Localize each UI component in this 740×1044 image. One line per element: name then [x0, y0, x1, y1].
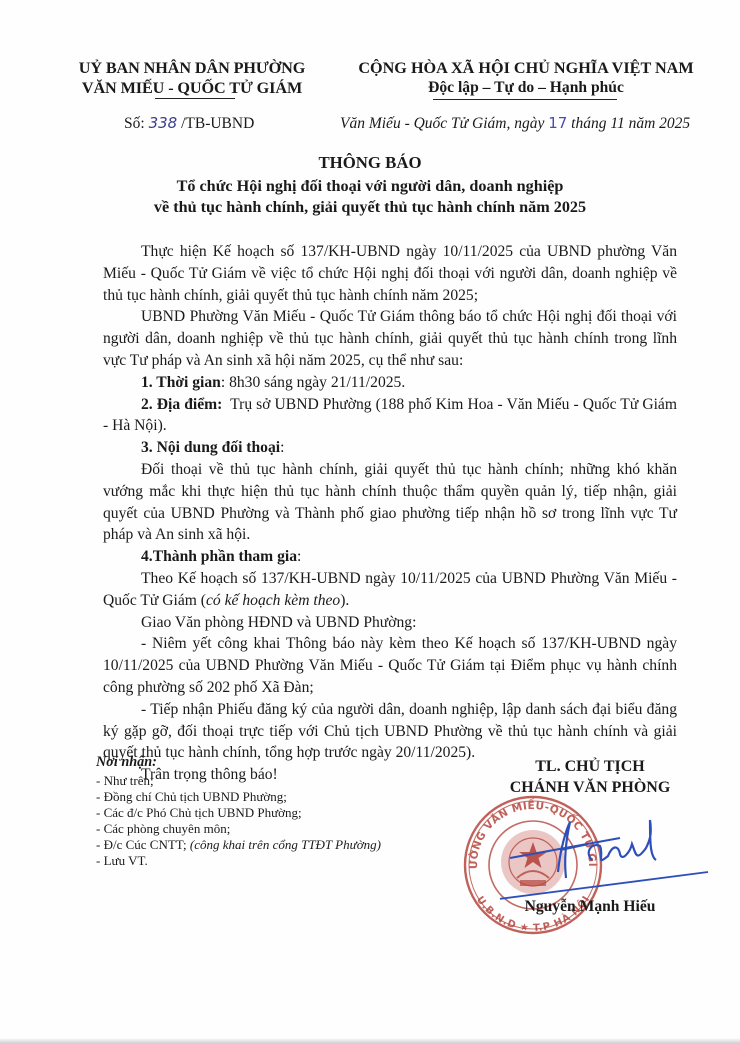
- participants-note: có kế hoạch kèm theo: [206, 592, 340, 609]
- recipient-item: - Lưu VT.: [96, 853, 381, 869]
- participants-text-end: ).: [340, 592, 349, 609]
- document-subtitle-line-1: Tổ chức Hội nghị đối thoại với người dân…: [0, 176, 740, 196]
- section-location: 2. Địa điểm: Trụ sở UBND Phường (188 phố…: [103, 394, 677, 438]
- recipient-item: - Các phòng chuyên môn;: [96, 821, 381, 837]
- doc-number-handwritten: 338: [149, 114, 178, 132]
- section-participants-heading: 4.Thành phần tham gia:: [103, 546, 677, 568]
- motto-underline: [433, 99, 617, 100]
- section-content-heading: 3. Nội dung đối thoại:: [103, 437, 677, 459]
- task-1: - Niêm yết công khai Thông báo này kèm t…: [103, 633, 677, 698]
- intro-paragraph-1: Thực hiện Kế hoạch số 137/KH-UBND ngày 1…: [103, 241, 677, 306]
- colon: :: [280, 439, 284, 456]
- recipients-heading: Nơi nhận:: [96, 754, 381, 770]
- scan-edge-shadow: [0, 1038, 740, 1044]
- recipient-item: - Như trên;: [96, 773, 381, 789]
- section-time-label: 1. Thời gian: [141, 374, 221, 391]
- intro-paragraph-2: UBND Phường Văn Miếu - Quốc Tử Giám thôn…: [103, 306, 677, 371]
- section-time: 1. Thời gian: 8h30 sáng ngày 21/11/2025.: [103, 372, 677, 394]
- national-title: CỘNG HÒA XÃ HỘI CHỦ NGHĨA VIỆT NAM Độc l…: [340, 58, 712, 98]
- issue-date: Văn Miếu - Quốc Tử Giám, ngày 17 tháng 1…: [340, 114, 690, 133]
- assignment-paragraph: Giao Văn phòng HĐND và UBND Phường:: [103, 612, 677, 634]
- national-motto: Độc lập – Tự do – Hạnh phúc: [340, 78, 712, 98]
- signatory-name: Nguyễn Mạnh Hiếu: [470, 898, 710, 916]
- authority-underline: [155, 98, 235, 99]
- section-content-text: Đối thoại về thủ tục hành chính, giải qu…: [103, 459, 677, 546]
- recipient-item: - Đ/c Cúc CNTT; (công khai trên cổng TTĐ…: [96, 837, 381, 853]
- recipient-item: - Đồng chí Chủ tịch UBND Phường;: [96, 789, 381, 805]
- recipient-item-note: (công khai trên cổng TTĐT Phường): [190, 837, 381, 852]
- signatory-title: TL. CHỦ TỊCH CHÁNH VĂN PHÒNG: [470, 756, 710, 798]
- recipient-item: - Các đ/c Phó Chủ tịch UBND Phường;: [96, 805, 381, 821]
- national-name: CỘNG HÒA XÃ HỘI CHỦ NGHĨA VIỆT NAM: [340, 58, 712, 78]
- issuing-authority: UỶ BAN NHÂN DÂN PHƯỜNG VĂN MIẾU - QUỐC T…: [62, 58, 322, 98]
- document-title: THÔNG BÁO: [0, 153, 740, 173]
- recipients-block: Nơi nhận: - Như trên; - Đồng chí Chủ tịc…: [96, 754, 381, 869]
- document-body: Thực hiện Kế hoạch số 137/KH-UBND ngày 1…: [103, 241, 677, 786]
- date-day-handwritten: 17: [548, 114, 567, 132]
- document-subtitle-line-2: về thủ tục hành chính, giải quyết thủ tụ…: [0, 197, 740, 217]
- document-page: UỶ BAN NHÂN DÂN PHƯỜNG VĂN MIẾU - QUỐC T…: [0, 0, 740, 1044]
- section-participants-text: Theo Kế hoạch số 137/KH-UBND ngày 10/11/…: [103, 568, 677, 612]
- section-participants-label: 4.Thành phần tham gia: [141, 548, 297, 565]
- authority-line-2: VĂN MIẾU - QUỐC TỬ GIÁM: [62, 78, 322, 98]
- colon: :: [297, 548, 301, 565]
- document-number: Số: 338 /TB-UBND: [124, 114, 254, 133]
- section-time-value: : 8h30 sáng ngày 21/11/2025.: [221, 374, 405, 391]
- participants-text: Theo Kế hoạch số 137/KH-UBND ngày 10/11/…: [103, 570, 677, 609]
- signatory-title-line-1: TL. CHỦ TỊCH: [470, 756, 710, 777]
- date-suffix: tháng 11 năm 2025: [567, 115, 690, 132]
- authority-line-1: UỶ BAN NHÂN DÂN PHƯỜNG: [62, 58, 322, 78]
- section-content-label: 3. Nội dung đối thoại: [141, 439, 280, 456]
- date-prefix: Văn Miếu - Quốc Tử Giám, ngày: [340, 115, 548, 132]
- handwritten-signature-icon: [500, 800, 710, 910]
- doc-number-suffix: /TB-UBND: [177, 115, 254, 132]
- recipient-item-text: - Đ/c Cúc CNTT;: [96, 837, 190, 852]
- doc-number-prefix: Số:: [124, 115, 149, 132]
- section-location-label: 2. Địa điểm:: [141, 396, 222, 413]
